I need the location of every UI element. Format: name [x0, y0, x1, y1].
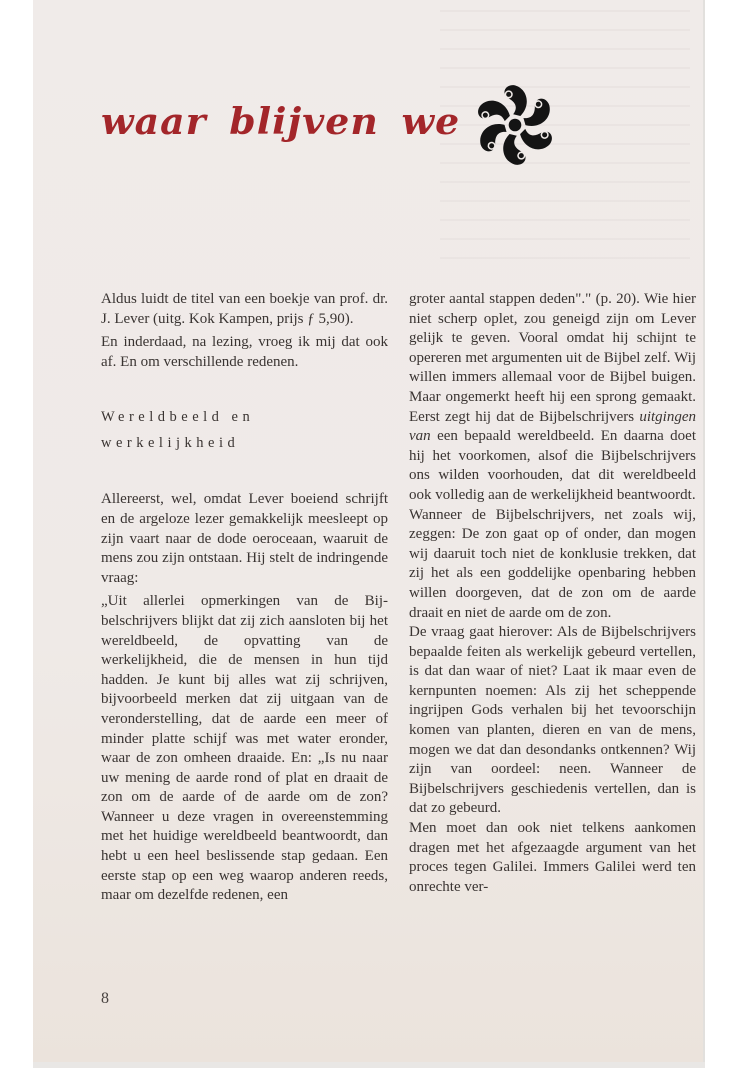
body-paragraph: Wanneer de Bijbelschrijvers, net zoals w…: [409, 506, 696, 624]
left-column: Aldus luidt de titel van een boekje van …: [101, 290, 388, 906]
intro-paragraph-2: En inderdaad, na lezing, vroeg ik mij da…: [101, 333, 388, 372]
article-title: waar blijven we: [101, 104, 460, 140]
body-paragraph: groter aantal stappen deden"." (p. 20). …: [409, 290, 696, 506]
subheading-line-1: Wereldbeeld en: [101, 404, 388, 430]
text-run: groter aantal stappen deden"." (p. 20). …: [409, 291, 696, 425]
pinwheel-ornament-icon: [470, 80, 560, 170]
body-paragraph: Allereerst, wel, omdat Lever boeiend sch…: [101, 490, 388, 588]
text-run: een bepaald wereldbeeld. En daarna doet …: [409, 428, 696, 503]
right-column: groter aantal stappen deden"." (p. 20). …: [409, 290, 696, 897]
article-header: waar blijven we: [101, 82, 443, 162]
quote-paragraph: „Uit allerlei opmerkingen van de Bij­bel…: [101, 592, 388, 906]
section-subheading: Wereldbeeld en werkelijkheid: [101, 404, 388, 456]
intro-paragraph: Aldus luidt de titel van een boekje van …: [101, 290, 388, 329]
body-paragraph: Men moet dan ook niet telkens aan­komen …: [409, 819, 696, 897]
body-paragraph: De vraag gaat hierover: Als de Bijbel­sc…: [409, 623, 696, 819]
page-number: 8: [101, 990, 109, 1008]
subheading-line-2: werkelijkheid: [101, 430, 388, 456]
page-bottom-edge: [33, 1062, 705, 1068]
